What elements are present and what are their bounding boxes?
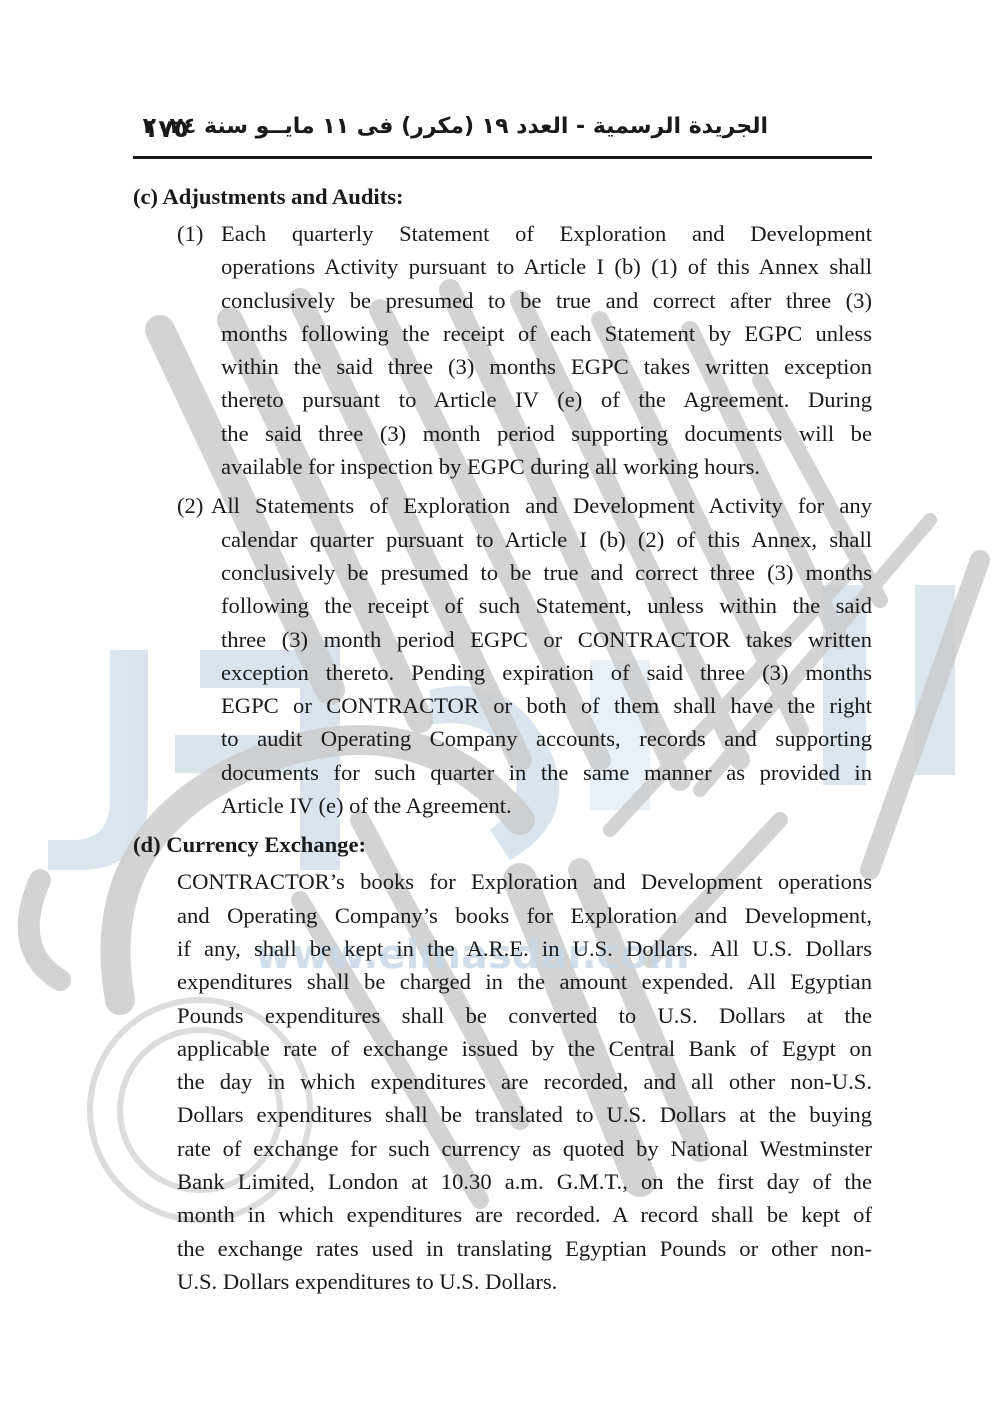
gazette-title: الجريدة الرسمية - العدد ١٩ (مكرر) فى ١١ … bbox=[143, 114, 768, 139]
text-line: the said three (3) month period supporti… bbox=[221, 417, 872, 450]
list-item: (1) Each quarterly Statement of Explorat… bbox=[133, 217, 872, 483]
section-adjustments-audits: (c) Adjustments and Audits: (1) Each qua… bbox=[133, 180, 872, 822]
text-line: Pounds expenditures shall be converted t… bbox=[177, 999, 872, 1032]
text-line: U.S. Dollars expenditures to U.S. Dollar… bbox=[177, 1265, 872, 1298]
list-item: (2) All Statements of Exploration and De… bbox=[133, 489, 872, 822]
text-line: Article IV (e) of the Agreement. bbox=[221, 789, 872, 822]
text-line: three (3) month period EGPC or CONTRACTO… bbox=[221, 623, 872, 656]
text-line: months following the receipt of each Sta… bbox=[221, 317, 872, 350]
text-line: EGPC or CONTRACTOR or both of them shall… bbox=[221, 689, 872, 722]
text-line: operations Activity pursuant to Article … bbox=[221, 250, 872, 283]
text-line: the exchange rates used in translating E… bbox=[177, 1232, 872, 1265]
item-number: (2) bbox=[177, 489, 203, 522]
text-line: CONTRACTOR’s books for Exploration and D… bbox=[177, 865, 872, 898]
text-line: available for inspection by EGPC during … bbox=[221, 450, 872, 483]
text-line: within the said three (3) months EGPC ta… bbox=[221, 350, 872, 383]
document-body: (c) Adjustments and Audits: (1) Each qua… bbox=[133, 180, 872, 1298]
text-line: calendar quarter pursuant to Article I (… bbox=[221, 523, 872, 556]
text-line: and Operating Company’s books for Explor… bbox=[177, 899, 872, 932]
page-header: ١٧٥ الجريدة الرسمية - العدد ١٩ (مكرر) فى… bbox=[133, 112, 871, 152]
text-line: expenditures shall be charged in the amo… bbox=[177, 965, 872, 998]
text-line: the day in which expenditures are record… bbox=[177, 1065, 872, 1098]
text-line: Bank Limited, London at 10.30 a.m. G.M.T… bbox=[177, 1165, 872, 1198]
section-heading: (d) Currency Exchange: bbox=[133, 828, 872, 865]
text-line: exception thereto. Pending expiration of… bbox=[221, 656, 872, 689]
text-line: if any, shall be kept in the A.R.E. in U… bbox=[177, 932, 872, 965]
section-heading: (c) Adjustments and Audits: bbox=[133, 180, 872, 217]
text-line: conclusively be presumed to be true and … bbox=[221, 556, 872, 589]
text-line: Each quarterly Statement of Exploration … bbox=[221, 217, 872, 250]
item-number: (1) bbox=[177, 217, 203, 250]
text-line: documents for such quarter in the same m… bbox=[221, 756, 872, 789]
text-line: rate of exchange for such currency as qu… bbox=[177, 1132, 872, 1165]
text-line: following the receipt of such Statement,… bbox=[221, 589, 872, 622]
section-currency-exchange: (d) Currency Exchange: CONTRACTOR’s book… bbox=[133, 828, 872, 1298]
text-line: thereto pursuant to Article IV (e) of th… bbox=[221, 383, 872, 416]
header-divider bbox=[133, 156, 872, 159]
text-line: Dollars expenditures shall be translated… bbox=[177, 1098, 872, 1131]
text-line: applicable rate of exchange issued by th… bbox=[177, 1032, 872, 1065]
text-line: month in which expenditures are recorded… bbox=[177, 1198, 872, 1231]
text-line: conclusively be presumed to be true and … bbox=[221, 284, 872, 317]
paragraph: CONTRACTOR’s books for Exploration and D… bbox=[133, 865, 872, 1298]
text-line: to audit Operating Company accounts, rec… bbox=[221, 722, 872, 755]
text-line: All Statements of Exploration and Develo… bbox=[211, 489, 872, 522]
